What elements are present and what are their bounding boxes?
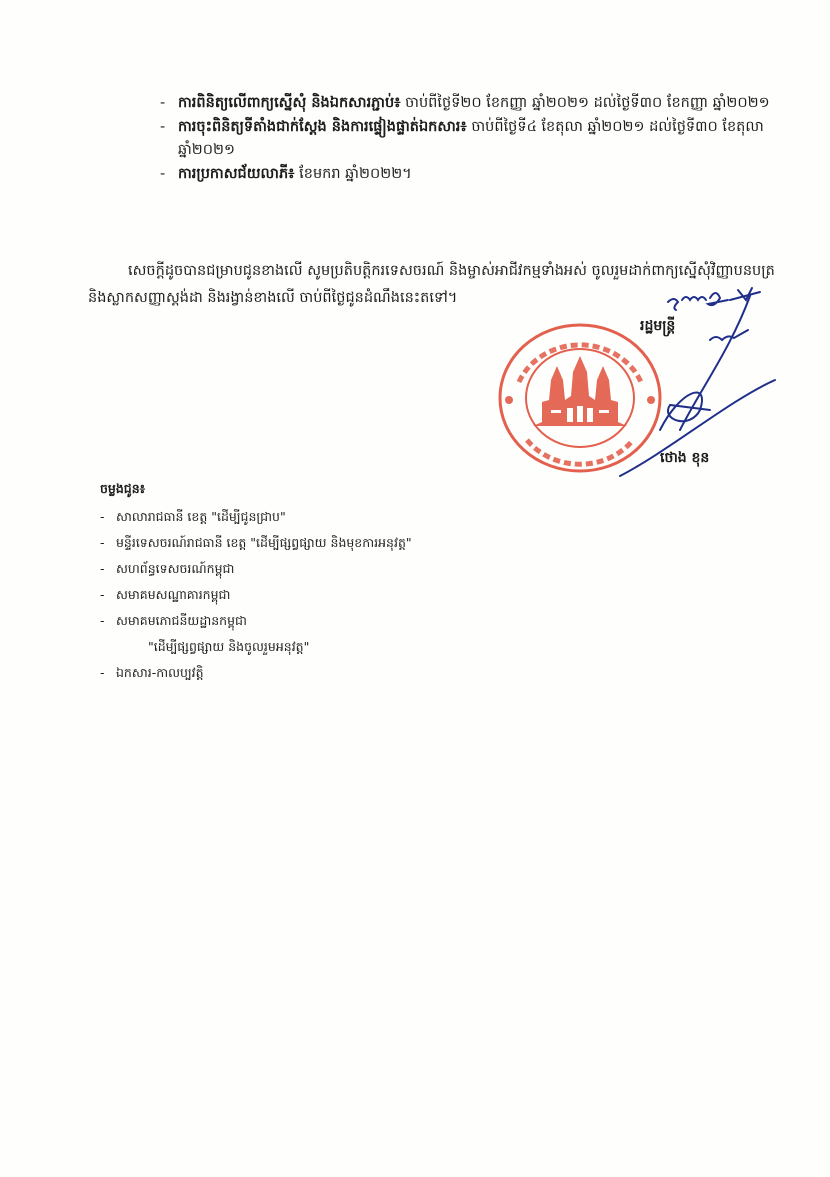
copy-to-item: -សមាគមសណ្ឋាគារកម្ពុជា <box>100 582 412 608</box>
schedule-item-label: ការពិនិត្យលើពាក្យស្នើសុំ និងឯកសារភ្ជាប់៖ <box>178 95 401 111</box>
bullet-dash: - <box>100 504 105 530</box>
copy-to-item: -សាលារាជធានី ខេត្ត "ដើម្បីជូនជ្រាប" <box>100 504 412 530</box>
schedule-item: - ការប្រកាសជ័យលាភី៖ ខែមករា ឆ្នាំ២០២២។ <box>160 163 800 186</box>
schedule-item-label: ការប្រកាសជ័យលាភី៖ <box>178 166 295 182</box>
copy-to-item-text: មន្ទីរទេសចរណ៍រាជធានី ខេត្ត "ដើម្បីផ្សព្វ… <box>116 535 412 550</box>
bullet-dash: - <box>100 608 105 634</box>
bullet-dash: - <box>100 530 105 556</box>
copy-to-item-text: ឯកសារ-កាលប្បវត្តិ <box>116 665 204 680</box>
copy-to-list: ចម្លងជូន៖ -សាលារាជធានី ខេត្ត "ដើម្បីជូនជ… <box>100 476 412 686</box>
copy-to-item: -មន្ទីរទេសចរណ៍រាជធានី ខេត្ត "ដើម្បីផ្សព្… <box>100 530 412 556</box>
schedule-item-text: ចាប់ពីថ្ងៃទី២០ ខែកញ្ញា ឆ្នាំ២០២១ ដល់ថ្ងៃ… <box>401 95 770 111</box>
copy-to-item-text: សាលារាជធានី ខេត្ត "ដើម្បីជូនជ្រាប" <box>116 509 286 524</box>
document-page: - ការពិនិត្យលើពាក្យស្នើសុំ និងឯកសារភ្ជាប… <box>0 0 830 1177</box>
schedule-item: - ការចុះពិនិត្យទីតាំងជាក់ស្តែង និងការផ្ទ… <box>160 116 800 162</box>
copy-to-item: -សមាគមភោជនីយដ្ឋានកម្ពុជា <box>100 608 412 634</box>
copy-to-item-note: "ដើម្បីផ្សព្វផ្សាយ និងចូលរួមអនុវត្ត" <box>100 634 412 660</box>
bullet-dash: - <box>160 116 165 139</box>
copy-to-item-text: សហព័ន្ធទេសចរណ៍កម្ពុជា <box>116 561 234 576</box>
bullet-dash: - <box>160 92 165 115</box>
bullet-dash: - <box>100 582 105 608</box>
bullet-dash: - <box>160 163 165 186</box>
schedule-item-label: ការចុះពិនិត្យទីតាំងជាក់ស្តែង និងការផ្ទៀង… <box>178 119 467 135</box>
schedule-item: - ការពិនិត្យលើពាក្យស្នើសុំ និងឯកសារភ្ជាប… <box>160 92 800 115</box>
copy-to-item-text: សមាគមភោជនីយដ្ឋានកម្ពុជា <box>116 613 247 628</box>
schedule-item-text: ខែមករា ឆ្នាំ២០២២។ <box>295 166 412 182</box>
copy-to-item-text: សមាគមសណ្ឋាគារកម្ពុជា <box>116 587 230 602</box>
copy-to-item: -ឯកសារ-កាលប្បវត្តិ <box>100 660 412 686</box>
schedule-list: - ការពិនិត្យលើពាក្យស្នើសុំ និងឯកសារភ្ជាប… <box>160 92 800 187</box>
copy-to-title: ចម្លងជូន៖ <box>100 476 412 502</box>
bullet-dash: - <box>100 556 105 582</box>
bullet-dash: - <box>100 660 105 686</box>
signer-title: រដ្ឋមន្ត្រី <box>640 316 675 337</box>
signer-name: ថោង ខុន <box>660 448 709 469</box>
copy-to-item: -សហព័ន្ធទេសចរណ៍កម្ពុជា <box>100 556 412 582</box>
